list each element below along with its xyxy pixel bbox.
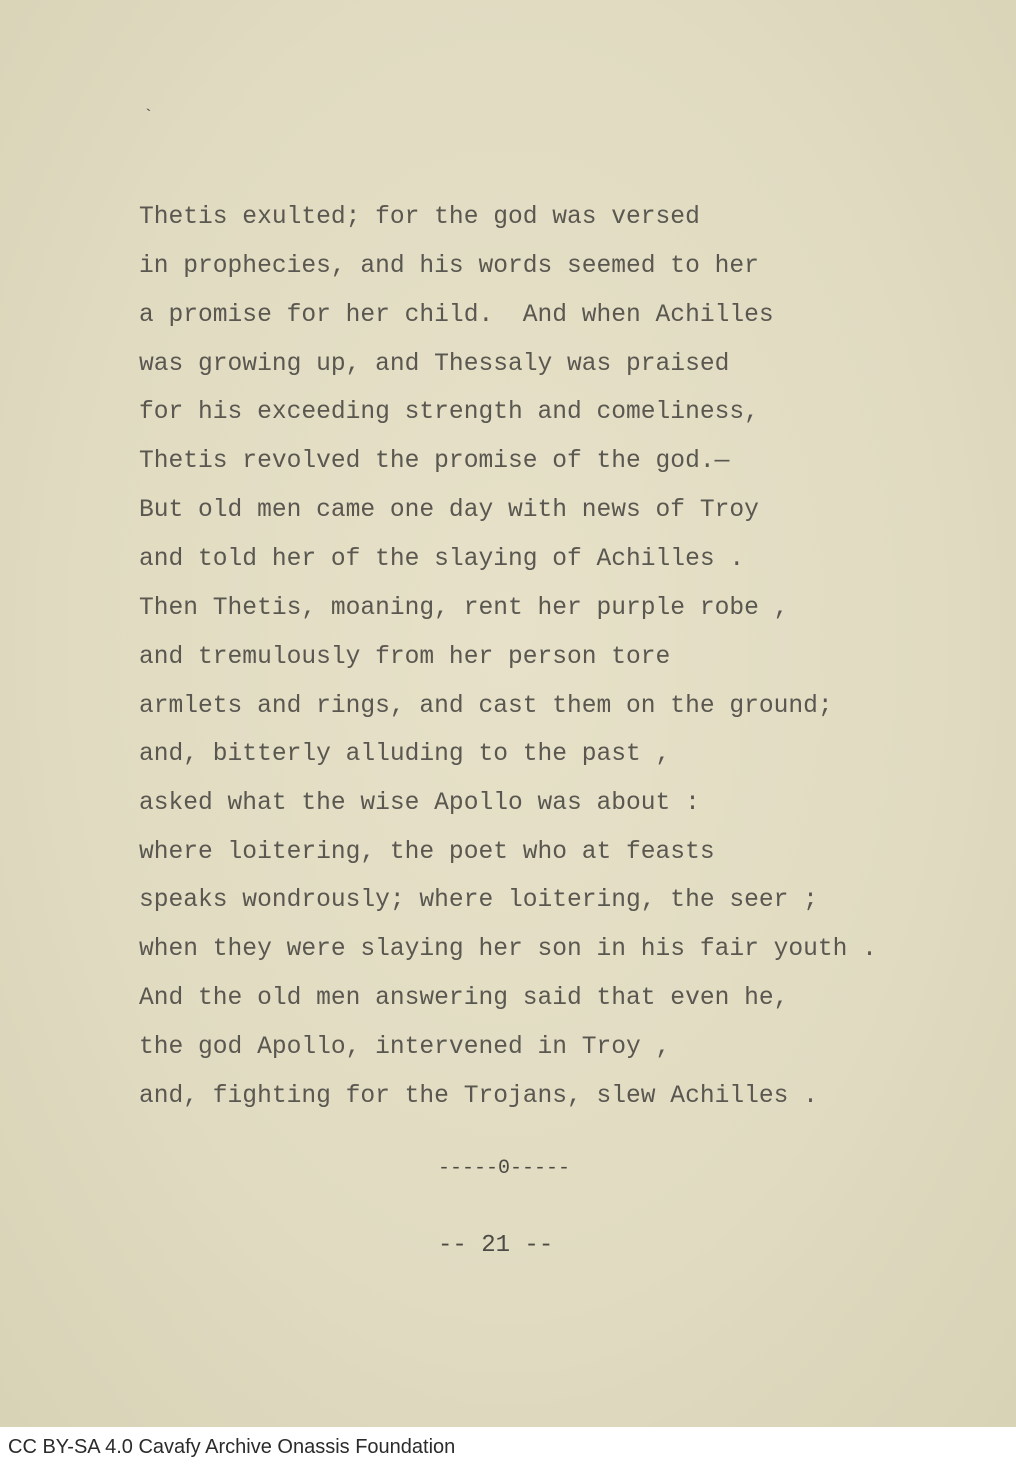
text-line: speaks wondrously; where loitering, the … [139, 886, 818, 916]
typewritten-page: ` Thetis exulted; for the god was versed… [0, 0, 1016, 1427]
text-line: Thetis revolved the promise of the god.— [139, 447, 729, 477]
text-line: the god Apollo, intervened in Troy , [139, 1033, 670, 1063]
stray-mark: ` [143, 108, 154, 128]
text-line: Then Thetis, moaning, rent her purple ro… [139, 594, 788, 624]
text-line: Thetis exulted; for the god was versed [139, 203, 700, 233]
text-line: And the old men answering said that even… [139, 984, 788, 1014]
text-line: for his exceeding strength and comelines… [139, 398, 759, 428]
text-line: But old men came one day with news of Tr… [139, 496, 759, 526]
text-line: and, bitterly alluding to the past , [139, 740, 670, 770]
section-separator: -----0----- [438, 1154, 570, 1184]
text-line: where loitering, the poet who at feasts [139, 838, 715, 868]
text-line: asked what the wise Apollo was about : [139, 789, 700, 819]
page-number: -- 21 -- [438, 1231, 553, 1261]
text-line: when they were slaying her son in his fa… [139, 935, 877, 965]
text-line: armlets and rings, and cast them on the … [139, 692, 833, 722]
license-credit: CC BY-SA 4.0 Cavafy Archive Onassis Foun… [8, 1433, 455, 1461]
text-line: in prophecies, and his words seemed to h… [139, 252, 759, 282]
text-line: and, fighting for the Trojans, slew Achi… [139, 1082, 818, 1112]
text-line: was growing up, and Thessaly was praised [139, 350, 729, 380]
text-line: and told her of the slaying of Achilles … [139, 545, 744, 575]
text-line: a promise for her child. And when Achill… [139, 301, 774, 331]
text-line: and tremulously from her person tore [139, 643, 670, 673]
